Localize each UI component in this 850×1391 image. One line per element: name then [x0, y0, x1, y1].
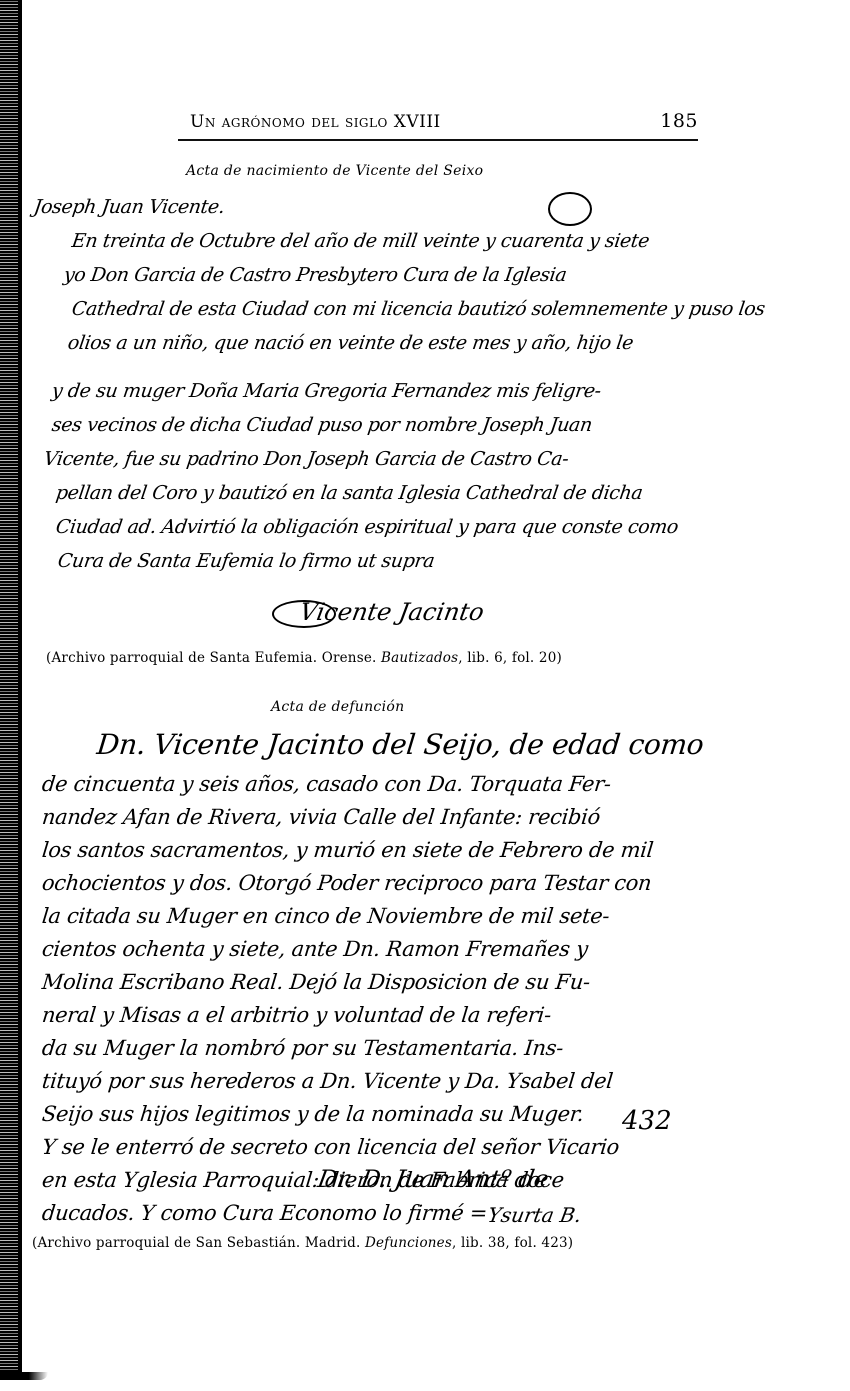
manuscript-line: Molina Escribano Real. Dejó la Disposici…: [40, 966, 705, 999]
manuscript-line: Cathedral de esta Ciudad con mi licencia…: [32, 292, 768, 326]
manuscript-line: cientos ochenta y siete, ante Dn. Ramon …: [40, 933, 705, 966]
manuscript-line: Y se le enterró de secreto con licencia …: [40, 1131, 705, 1164]
margin-number: 432: [622, 1106, 672, 1136]
manuscript-flourish: [548, 192, 592, 226]
death-record-source-caption: (Archivo parroquial de San Sebastián. Ma…: [32, 1235, 573, 1251]
manuscript-line: ochocientos y dos. Otorgó Poder reciproc…: [40, 867, 705, 900]
manuscript-line: neral y Misas a el arbitrio y voluntad d…: [40, 999, 705, 1032]
manuscript-line: En treinta de Octubre del año de mill ve…: [32, 224, 768, 258]
manuscript-line: pellan del Coro y bautizó en la santa Ig…: [32, 476, 768, 510]
birth-record-source-caption: (Archivo parroquial de Santa Eufemia. Or…: [46, 650, 562, 666]
manuscript-line: de cincuenta y seis años, casado con Da.…: [40, 768, 705, 801]
manuscript-line: los santos sacramentos, y murió en siete…: [40, 834, 705, 867]
book-binding-shadow: [0, 0, 22, 1378]
death-record-manuscript: Dn. Vicente Jacinto del Seijo, de edad c…: [42, 722, 703, 1230]
manuscript-line: ducados. Y como Cura Economo lo firmé =: [40, 1197, 705, 1230]
manuscript-line: olios a un niño, que nació en veinte de …: [32, 326, 768, 360]
manuscript-line: nandez Afan de Rivera, vivia Calle del I…: [40, 801, 705, 834]
header-rule: [178, 139, 698, 141]
manuscript-line: Vicente, fue su padrino Don Joseph Garci…: [32, 442, 768, 476]
death-record-title: Acta de defunción: [271, 699, 404, 715]
birth-record-title: Acta de nacimiento de Vicente del Seixo: [186, 163, 483, 179]
manuscript-line: tituyó por sus herederos a Dn. Vicente y…: [40, 1065, 705, 1098]
birth-record-manuscript: Joseph Juan Vicente. En treinta de Octub…: [34, 190, 765, 578]
manuscript-line: la citada su Muger en cinco de Noviembre…: [40, 900, 705, 933]
page-number: 185: [660, 110, 698, 132]
death-record-signature-line-1: Dr. D. Juan Antº de: [316, 1165, 551, 1193]
binding-shadow-foot: [0, 1372, 48, 1380]
manuscript-line: Seijo sus hijos legitimos y de la nomina…: [40, 1098, 705, 1131]
running-head-title: Un agrónomo del siglo XVIII: [190, 112, 441, 132]
signature-flourish: [272, 600, 336, 628]
manuscript-line: yo Don Garcia de Castro Presbytero Cura …: [32, 258, 768, 292]
manuscript-line: Cura de Santa Eufemia lo firmo ut supra: [32, 544, 768, 578]
manuscript-line: Dn. Vicente Jacinto del Seijo, de edad c…: [40, 722, 706, 768]
manuscript-line: y de su muger Doña Maria Gregoria Fernan…: [32, 374, 768, 408]
running-head: Un agrónomo del siglo XVIII 185: [190, 110, 698, 132]
manuscript-line: Ciudad ad. Advirtió la obligación espiri…: [32, 510, 768, 544]
death-record-signature-line-2: Ysurta B.: [486, 1203, 584, 1227]
manuscript-line: ses vecinos de dicha Ciudad puso por nom…: [32, 408, 768, 442]
manuscript-line: da su Muger la nombró por su Testamentar…: [40, 1032, 705, 1065]
manuscript-line: Joseph Juan Vicente.: [32, 190, 768, 224]
